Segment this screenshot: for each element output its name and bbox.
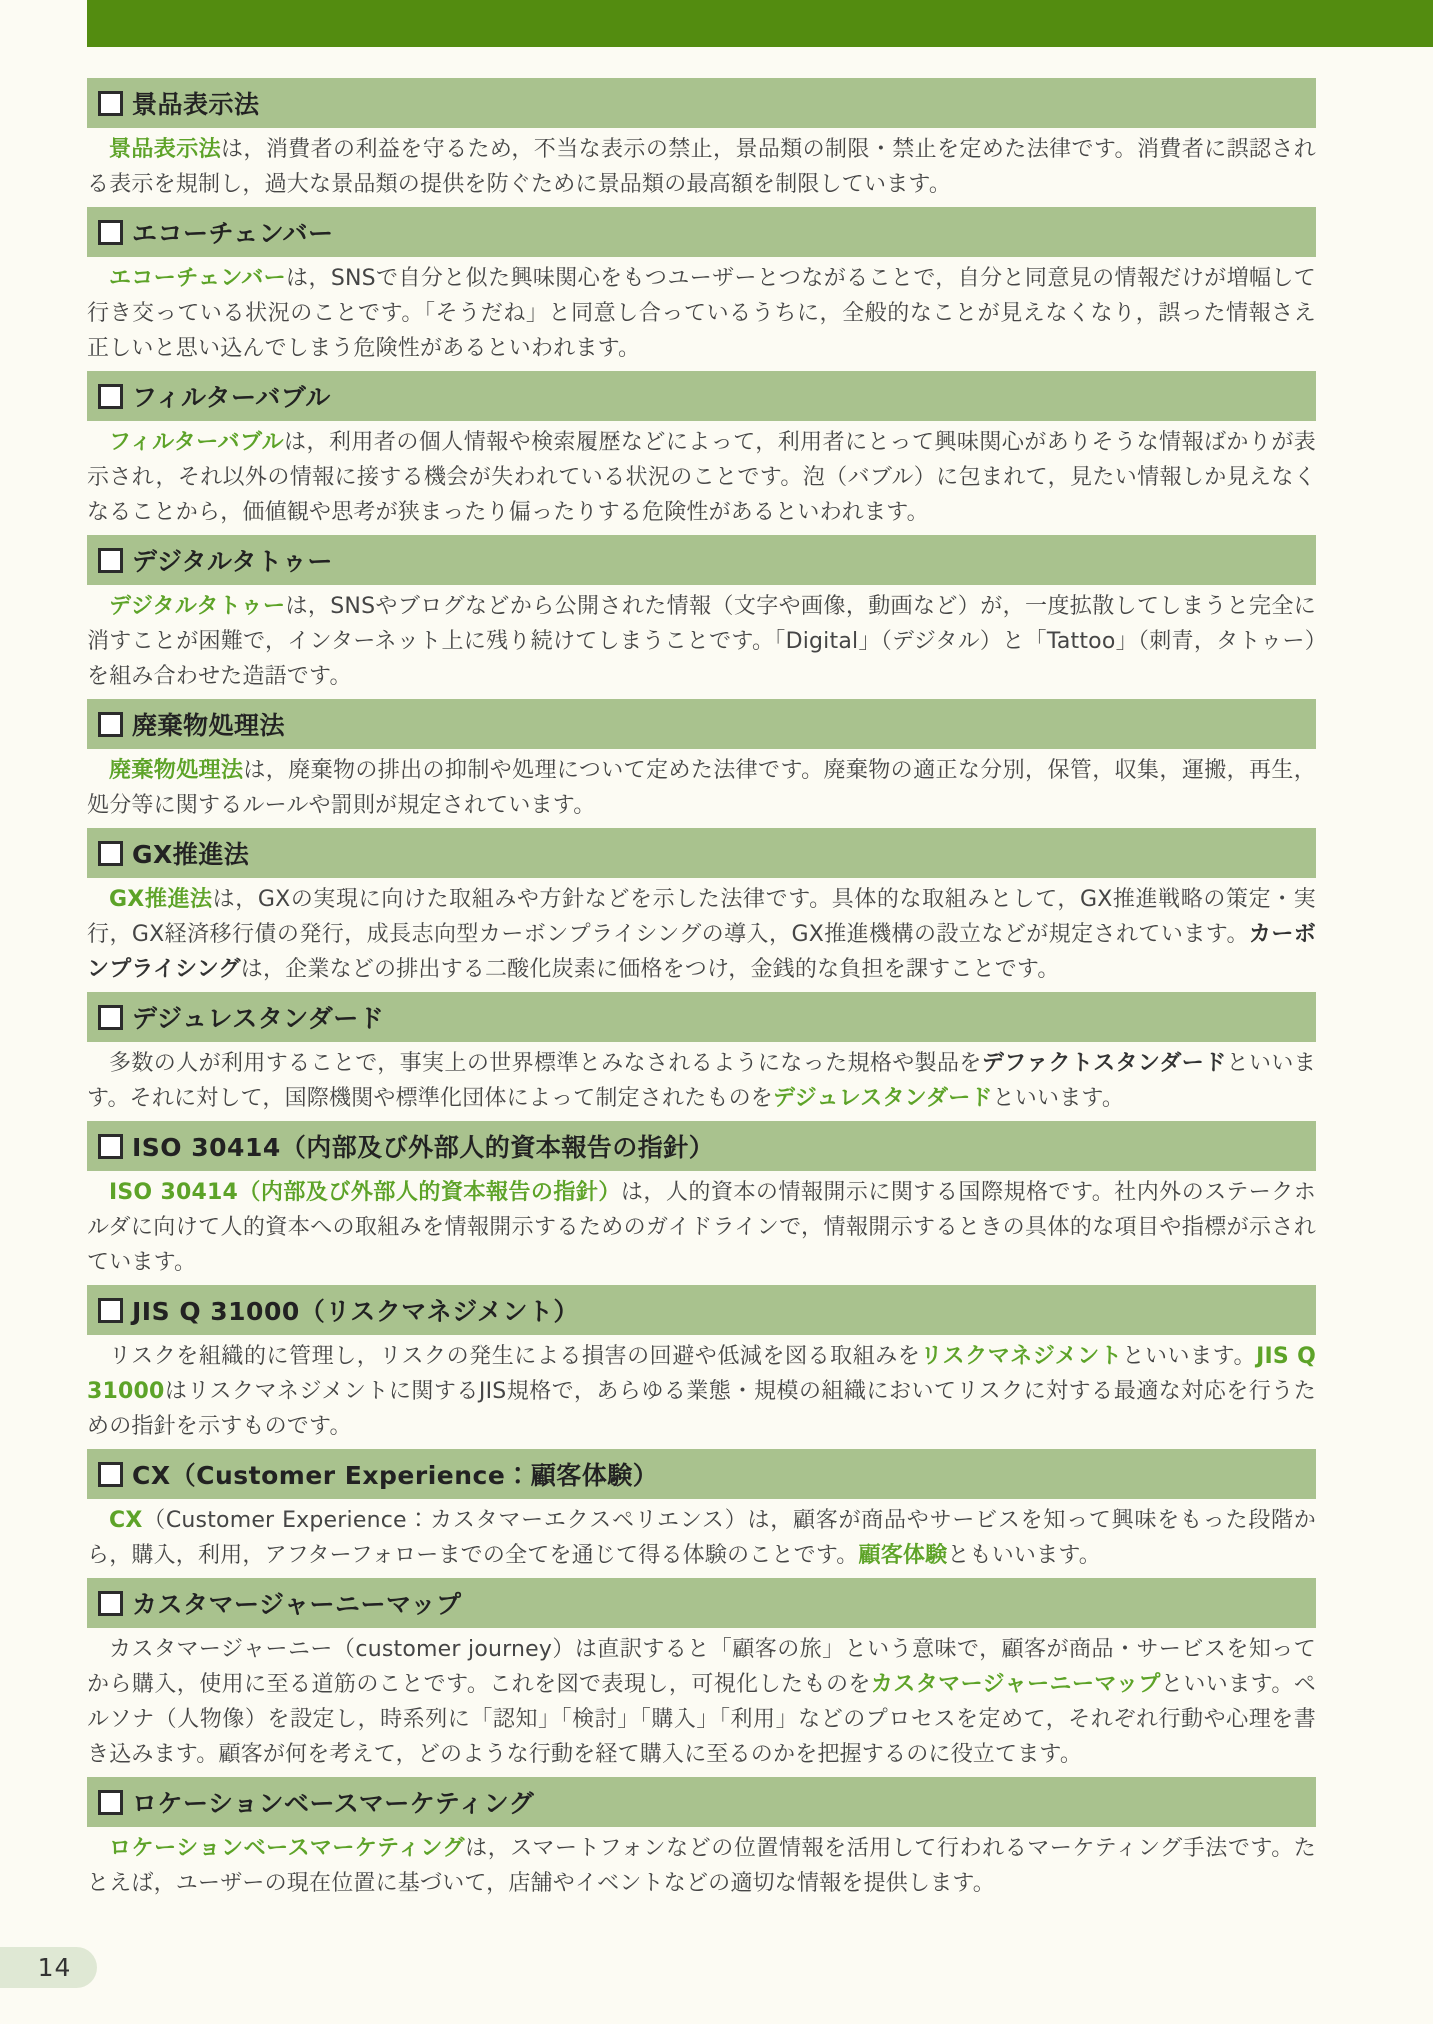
checkbox-icon: [98, 91, 123, 116]
section-header: カスタマージャーニーマップ: [87, 1578, 1316, 1628]
glossary-section: ロケーションベースマーケティング ロケーションベースマーケティングは，スマートフ…: [87, 1777, 1316, 1901]
keyword-green: デジュレスタンダード: [773, 1086, 993, 1111]
glossary-list: 景品表示法 景品表示法は，消費者の利益を守るため，不当な表示の禁止，景品類の制限…: [87, 78, 1316, 1906]
section-body: CX（Customer Experience：カスタマーエクスペリエンス）は，顧…: [87, 1503, 1316, 1573]
section-header: JIS Q 31000（リスクマネジメント）: [87, 1285, 1316, 1335]
glossary-section: JIS Q 31000（リスクマネジメント） リスクを組織的に管理し，リスクの発…: [87, 1285, 1316, 1444]
body-text: ともいいます。: [947, 1543, 1101, 1568]
section-title: デジタルタトゥー: [132, 542, 333, 578]
body-text: 多数の人が利用することで，事実上の世界標準とみなされるようになった規格や製品を: [109, 1051, 982, 1076]
keyword-green: ISO 30414（内部及び外部人的資本報告の指針）: [109, 1180, 621, 1205]
glossary-section: ISO 30414（内部及び外部人的資本報告の指針） ISO 30414（内部及…: [87, 1121, 1316, 1280]
section-title: カスタマージャーニーマップ: [132, 1585, 462, 1621]
section-body: ISO 30414（内部及び外部人的資本報告の指針）は，人的資本の情報開示に関す…: [87, 1175, 1316, 1280]
section-body: 景品表示法は，消費者の利益を守るため，不当な表示の禁止，景品類の制限・禁止を定め…: [87, 132, 1316, 202]
section-body: エコーチェンバーは，SNSで自分と似た興味関心をもつユーザーとつながることで，自…: [87, 261, 1316, 366]
section-header: ISO 30414（内部及び外部人的資本報告の指針）: [87, 1121, 1316, 1171]
body-text: は，GXの実現に向けた取組みや方針などを示した法律です。具体的な取組みとして，G…: [87, 887, 1316, 947]
section-body: 廃棄物処理法は，廃棄物の排出の抑制や処理について定めた法律です。廃棄物の適正な分…: [87, 753, 1316, 823]
glossary-section: 廃棄物処理法 廃棄物処理法は，廃棄物の排出の抑制や処理について定めた法律です。廃…: [87, 699, 1316, 823]
glossary-section: GX推進法 GX推進法は，GXの実現に向けた取組みや方針などを示した法律です。具…: [87, 828, 1316, 987]
checkbox-icon: [98, 1005, 123, 1030]
section-header: 景品表示法: [87, 78, 1316, 128]
section-body: GX推進法は，GXの実現に向けた取組みや方針などを示した法律です。具体的な取組み…: [87, 882, 1316, 987]
section-title: デジュレスタンダード: [132, 999, 384, 1035]
section-title: 景品表示法: [132, 85, 260, 121]
page-number-badge: 14: [0, 1947, 97, 1988]
section-title: フィルターバブル: [132, 378, 331, 414]
body-text: といいます。: [993, 1086, 1124, 1111]
body-text: （Customer Experience：カスタマーエクスペリエンス）は，顧客が…: [87, 1508, 1316, 1568]
glossary-section: デジュレスタンダード 多数の人が利用することで，事実上の世界標準とみなされるよう…: [87, 992, 1316, 1116]
body-text: リスクを組織的に管理し，リスクの発生による損害の回避や低減を図る取組みを: [109, 1344, 920, 1369]
body-text: は，廃棄物の排出の抑制や処理について定めた法律です。廃棄物の適正な分別，保管，収…: [87, 758, 1316, 818]
page-number: 14: [38, 1953, 72, 1982]
section-header: ロケーションベースマーケティング: [87, 1777, 1316, 1827]
section-title: JIS Q 31000（リスクマネジメント）: [132, 1292, 579, 1328]
keyword-green: リスクマネジメント: [920, 1344, 1122, 1369]
section-title: エコーチェンバー: [132, 214, 334, 250]
section-header: フィルターバブル: [87, 371, 1316, 421]
section-body: デジタルタトゥーは，SNSやブログなどから公開された情報（文字や画像，動画など）…: [87, 589, 1316, 694]
body-text: は，消費者の利益を守るため，不当な表示の禁止，景品類の制限・禁止を定めた法律です…: [87, 137, 1316, 197]
glossary-section: フィルターバブル フィルターバブルは，利用者の個人情報や検索履歴などによって，利…: [87, 371, 1316, 530]
checkbox-icon: [98, 1298, 123, 1323]
page-top-banner: [87, 0, 1433, 47]
body-text: は，企業などの排出する二酸化炭素に価格をつけ，金銭的な負担を課すことです。: [241, 957, 1060, 982]
glossary-section: CX（Customer Experience：顧客体験） CX（Customer…: [87, 1449, 1316, 1573]
keyword-green: ロケーションベースマーケティング: [109, 1836, 465, 1861]
section-body: フィルターバブルは，利用者の個人情報や検索履歴などによって，利用者にとって興味関…: [87, 425, 1316, 530]
section-body: カスタマージャーニー（customer journey）は直訳すると「顧客の旅」…: [87, 1632, 1316, 1772]
checkbox-icon: [98, 1462, 123, 1487]
checkbox-icon: [98, 841, 123, 866]
section-body: 多数の人が利用することで，事実上の世界標準とみなされるようになった規格や製品をデ…: [87, 1046, 1316, 1116]
keyword-green: エコーチェンバー: [109, 266, 286, 291]
section-title: ISO 30414（内部及び外部人的資本報告の指針）: [132, 1128, 714, 1164]
checkbox-icon: [98, 548, 123, 573]
glossary-section: デジタルタトゥー デジタルタトゥーは，SNSやブログなどから公開された情報（文字…: [87, 535, 1316, 694]
section-title: GX推進法: [132, 835, 249, 871]
keyword-green: デジタルタトゥー: [109, 594, 285, 619]
glossary-section: エコーチェンバー エコーチェンバーは，SNSで自分と似た興味関心をもつユーザーと…: [87, 207, 1316, 366]
section-title: ロケーションベースマーケティング: [132, 1784, 534, 1820]
body-text: といいます。: [1122, 1344, 1256, 1369]
keyword-green: GX推進法: [109, 887, 213, 912]
body-text: はリスクマネジメントに関するJIS規格で，あらゆる業態・規模の組織においてリスク…: [87, 1379, 1316, 1439]
checkbox-icon: [98, 220, 123, 245]
checkbox-icon: [98, 1591, 123, 1616]
keyword-green: 顧客体験: [859, 1543, 948, 1568]
section-header: CX（Customer Experience：顧客体験）: [87, 1449, 1316, 1499]
section-header: エコーチェンバー: [87, 207, 1316, 257]
glossary-section: 景品表示法 景品表示法は，消費者の利益を守るため，不当な表示の禁止，景品類の制限…: [87, 78, 1316, 202]
checkbox-icon: [98, 712, 123, 737]
checkbox-icon: [98, 1134, 123, 1159]
section-header: デジュレスタンダード: [87, 992, 1316, 1042]
section-body: ロケーションベースマーケティングは，スマートフォンなどの位置情報を活用して行われ…: [87, 1831, 1316, 1901]
checkbox-icon: [98, 384, 123, 409]
keyword-green: 廃棄物処理法: [109, 758, 243, 783]
section-header: デジタルタトゥー: [87, 535, 1316, 585]
section-title: 廃棄物処理法: [132, 706, 285, 742]
glossary-section: カスタマージャーニーマップ カスタマージャーニー（customer journe…: [87, 1578, 1316, 1772]
checkbox-icon: [98, 1790, 123, 1815]
keyword-bold: デファクトスタンダード: [982, 1051, 1227, 1076]
section-header: GX推進法: [87, 828, 1316, 878]
section-title: CX（Customer Experience：顧客体験）: [132, 1456, 658, 1492]
keyword-green: CX: [109, 1508, 143, 1533]
section-header: 廃棄物処理法: [87, 699, 1316, 749]
section-body: リスクを組織的に管理し，リスクの発生による損害の回避や低減を図る取組みをリスクマ…: [87, 1339, 1316, 1444]
keyword-green: 景品表示法: [109, 137, 221, 162]
keyword-green: カスタマージャーニーマップ: [871, 1672, 1161, 1697]
keyword-green: フィルターバブル: [109, 430, 284, 455]
